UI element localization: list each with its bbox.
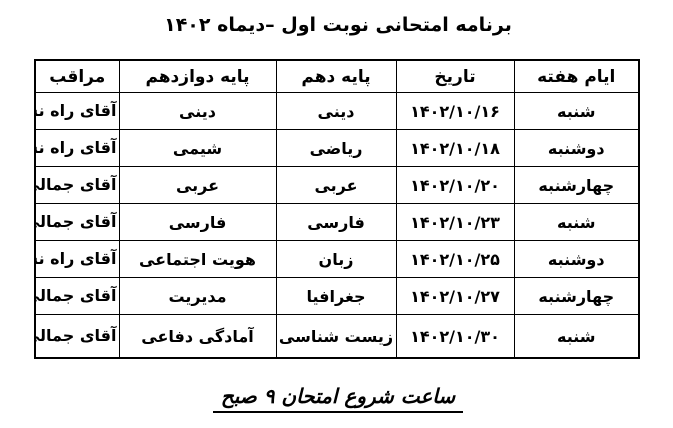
exam-schedule-page: برنامه امتحانی نوبت اول –دیماه ۱۴۰۲ ایام… — [0, 0, 673, 428]
grade10-cell: زبان — [276, 241, 396, 278]
table-row: دوشنبه ۱۴۰۲/۱۰/۲۵ زبان هویت اجتماعی آقای… — [35, 241, 639, 278]
table-row: شنبه ۱۴۰۲/۱۰/۲۳ فارسی فارسی آقای جمالی — [35, 204, 639, 241]
grade10-cell: ریاضی — [276, 130, 396, 167]
supervisor-cell: آقای جمالی — [35, 204, 119, 241]
supervisor-cell: آقای راه نشین — [35, 241, 119, 278]
date-cell: ۱۴۰۲/۱۰/۲۵ — [396, 241, 514, 278]
date-cell: ۱۴۰۲/۱۰/۱۶ — [396, 93, 514, 130]
grade10-cell: عربی — [276, 167, 396, 204]
header-row: ایام هفته تاریخ پایه دهم پایه دوازدهم مر… — [35, 60, 639, 93]
day-cell: چهارشنبه — [514, 278, 639, 315]
day-cell: شنبه — [514, 204, 639, 241]
grade12-cell: دینی — [119, 93, 276, 130]
grade10-cell: زیست شناسی — [276, 315, 396, 359]
supervisor-cell: آقای راه نشین — [35, 93, 119, 130]
header-grade-10: پایه دهم — [276, 60, 396, 93]
grade10-cell: فارسی — [276, 204, 396, 241]
supervisor-cell: آقای راه نشین — [35, 130, 119, 167]
header-supervisor: مراقب — [35, 60, 119, 93]
table-row: دوشنبه ۱۴۰۲/۱۰/۱۸ ریاضی شیمی آقای راه نش… — [35, 130, 639, 167]
table-row: چهارشنبه ۱۴۰۲/۱۰/۲۷ جغرافیا مدیریت آقای … — [35, 278, 639, 315]
date-cell: ۱۴۰۲/۱۰/۳۰ — [396, 315, 514, 359]
grade12-cell: هویت اجتماعی — [119, 241, 276, 278]
day-cell: چهارشنبه — [514, 167, 639, 204]
table-row: شنبه ۱۴۰۲/۱۰/۱۶ دینی دینی آقای راه نشین — [35, 93, 639, 130]
date-cell: ۱۴۰۲/۱۰/۲۰ — [396, 167, 514, 204]
day-cell: شنبه — [514, 93, 639, 130]
day-cell: دوشنبه — [514, 130, 639, 167]
grade12-cell: مدیریت — [119, 278, 276, 315]
header-week-days: ایام هفته — [514, 60, 639, 93]
supervisor-cell: آقای جمالی — [35, 315, 119, 359]
table-row: چهارشنبه ۱۴۰۲/۱۰/۲۰ عربی عربی آقای جمالی — [35, 167, 639, 204]
grade10-cell: جغرافیا — [276, 278, 396, 315]
day-cell: شنبه — [514, 315, 639, 359]
date-cell: ۱۴۰۲/۱۰/۲۳ — [396, 204, 514, 241]
header-grade-12: پایه دوازدهم — [119, 60, 276, 93]
day-cell: دوشنبه — [514, 241, 639, 278]
footer-note: ساعت شروع امتحان ۹ صبح — [36, 384, 640, 413]
supervisor-cell: آقای جمالی — [35, 278, 119, 315]
exam-start-time-note: ساعت شروع امتحان ۹ صبح — [213, 384, 463, 413]
grade12-cell: فارسی — [119, 204, 276, 241]
supervisor-cell: آقای جمالی — [35, 167, 119, 204]
grade12-cell: آمادگی دفاعی — [119, 315, 276, 359]
grade12-cell: عربی — [119, 167, 276, 204]
page-title: برنامه امتحانی نوبت اول –دیماه ۱۴۰۲ — [36, 14, 640, 36]
grade12-cell: شیمی — [119, 130, 276, 167]
header-date: تاریخ — [396, 60, 514, 93]
date-cell: ۱۴۰۲/۱۰/۲۷ — [396, 278, 514, 315]
exam-schedule-table: ایام هفته تاریخ پایه دهم پایه دوازدهم مر… — [34, 59, 640, 359]
table-row: شنبه ۱۴۰۲/۱۰/۳۰ زیست شناسی آمادگی دفاعی … — [35, 315, 639, 359]
grade10-cell: دینی — [276, 93, 396, 130]
date-cell: ۱۴۰۲/۱۰/۱۸ — [396, 130, 514, 167]
